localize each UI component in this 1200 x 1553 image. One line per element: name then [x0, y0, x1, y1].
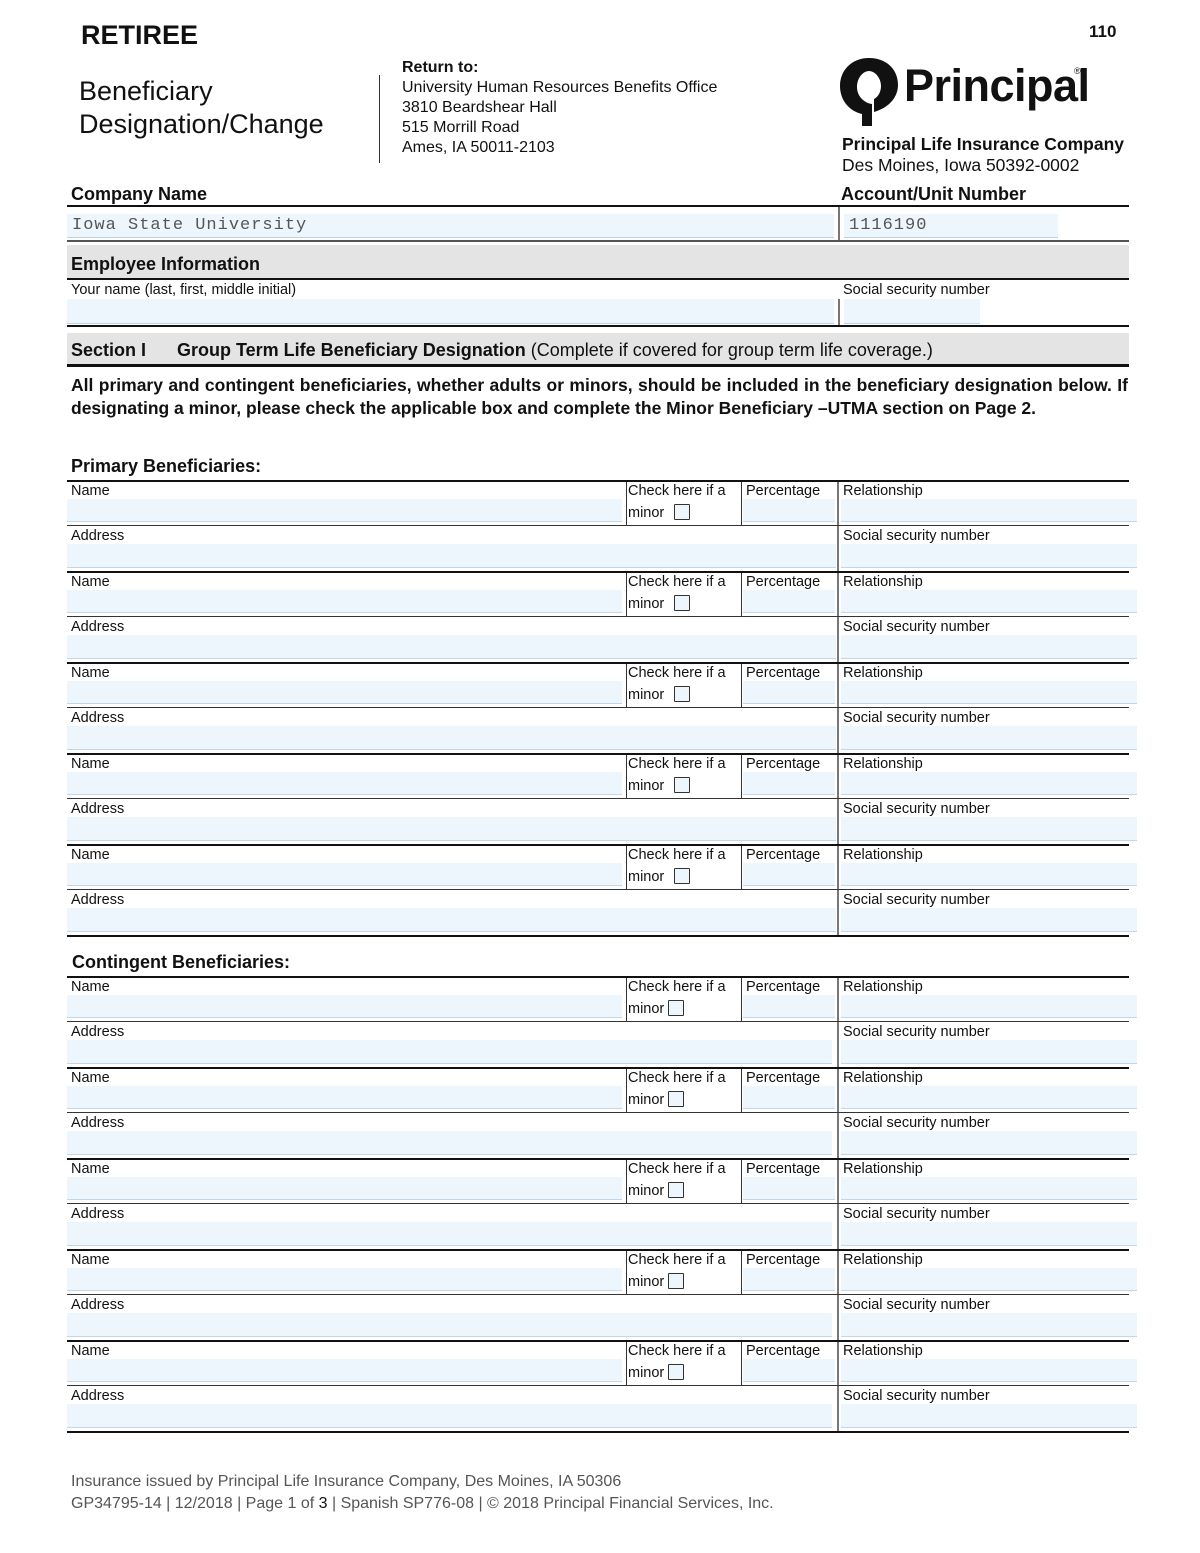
divider: [67, 364, 1129, 367]
percentage-label: Percentage: [746, 1343, 820, 1359]
minor-checkbox[interactable]: [674, 595, 690, 611]
minor-checkbox[interactable]: [674, 686, 690, 702]
divider: [67, 571, 1129, 573]
section-title: Group Term Life Beneficiary Designation: [177, 340, 526, 360]
beneficiary-address-field[interactable]: [67, 726, 836, 750]
check-minor-label: Check here if a: [628, 483, 726, 499]
name-label: Name: [71, 574, 110, 590]
divider: [837, 573, 839, 662]
divider: [626, 573, 627, 617]
section-title-wrap: Group Term Life Beneficiary Designation …: [177, 340, 933, 361]
beneficiary-percentage-field[interactable]: [743, 1268, 835, 1291]
insurer-name: Principal Life Insurance Company: [842, 134, 1124, 155]
account-number-value: 1116190: [849, 216, 927, 235]
divider: [741, 978, 742, 1022]
beneficiary-percentage-field[interactable]: [743, 499, 835, 522]
footer: Insurance issued by Principal Life Insur…: [71, 1471, 774, 1515]
relationship-label: Relationship: [843, 574, 923, 590]
ssn-label: Social security number: [843, 1388, 990, 1404]
retiree-label: RETIREE: [81, 20, 198, 51]
name-label: Name: [71, 979, 110, 995]
beneficiary-ssn-field[interactable]: [841, 1131, 1137, 1155]
beneficiary-relationship-field[interactable]: [841, 1268, 1137, 1291]
divider: [67, 1385, 1129, 1386]
relationship-label: Relationship: [843, 1161, 923, 1177]
divider: [837, 978, 839, 1067]
relationship-label: Relationship: [843, 483, 923, 499]
employee-ssn-label: Social security number: [843, 282, 990, 298]
beneficiary-ssn-field[interactable]: [841, 1404, 1137, 1428]
divider: [67, 1158, 1129, 1160]
section-number: Section I: [71, 340, 146, 361]
ssn-label: Social security number: [843, 619, 990, 635]
divider: [837, 1160, 839, 1249]
divider: [838, 207, 840, 240]
beneficiary-relationship-field[interactable]: [841, 590, 1137, 613]
minor-label: minor: [628, 687, 664, 703]
form-title-line1: Beneficiary: [79, 75, 324, 108]
employee-info-header-bar: Employee Information: [67, 245, 1129, 278]
check-minor-label: Check here if a: [628, 665, 726, 681]
divider: [67, 325, 1129, 327]
minor-checkbox[interactable]: [674, 777, 690, 793]
divider: [67, 240, 1129, 242]
divider: [837, 846, 839, 935]
beneficiary-ssn-field[interactable]: [841, 908, 1137, 932]
divider: [67, 525, 1129, 526]
minor-label: minor: [628, 596, 664, 612]
beneficiary-relationship-field[interactable]: [841, 1086, 1137, 1109]
return-to-heading: Return to:: [402, 58, 717, 78]
address-label: Address: [71, 619, 124, 635]
check-minor-label: Check here if a: [628, 1161, 726, 1177]
relationship-label: Relationship: [843, 1252, 923, 1268]
primary-beneficiaries-heading: Primary Beneficiaries:: [71, 456, 261, 477]
beneficiary-ssn-field[interactable]: [841, 1222, 1137, 1246]
beneficiary-row: Name Check here if a minor Percentage Re…: [67, 571, 1129, 662]
beneficiary-ssn-field[interactable]: [841, 726, 1137, 750]
check-minor-label: Check here if a: [628, 574, 726, 590]
divider: [741, 1069, 742, 1113]
divider: [741, 664, 742, 708]
return-to-line: Ames, IA 50011-2103: [402, 138, 717, 158]
insurer-info: Principal Life Insurance Company Des Moi…: [842, 134, 1124, 176]
divider: [837, 664, 839, 753]
company-name-value: Iowa State University: [72, 216, 307, 235]
beneficiary-name-field[interactable]: [67, 1359, 622, 1382]
beneficiary-relationship-field[interactable]: [841, 995, 1137, 1018]
section-1-header-bar: Section I Group Term Life Beneficiary De…: [67, 333, 1129, 364]
name-label: Name: [71, 847, 110, 863]
beneficiary-row: Name Check here if a minor Percentage Re…: [67, 976, 1129, 1067]
beneficiary-row: Name Check here if a minor Percentage Re…: [67, 1249, 1129, 1340]
minor-checkbox[interactable]: [668, 1182, 684, 1198]
beneficiary-name-field[interactable]: [67, 772, 622, 795]
name-label: Name: [71, 665, 110, 681]
registered-mark: ®: [1074, 66, 1081, 76]
beneficiary-row: Name Check here if a minor Percentage Re…: [67, 844, 1129, 935]
percentage-label: Percentage: [746, 1252, 820, 1268]
beneficiary-relationship-field[interactable]: [841, 1359, 1137, 1382]
ssn-label: Social security number: [843, 801, 990, 817]
form-number: 110: [1089, 22, 1116, 42]
beneficiary-ssn-field[interactable]: [841, 544, 1137, 568]
address-label: Address: [71, 892, 124, 908]
employee-name-label: Your name (last, first, middle initial): [71, 282, 296, 298]
divider: [626, 978, 627, 1022]
beneficiary-row: Name Check here if a minor Percentage Re…: [67, 753, 1129, 844]
beneficiary-name-field[interactable]: [67, 1086, 622, 1109]
beneficiary-relationship-field[interactable]: [841, 772, 1137, 795]
footer-line-2: GP34795-14 | 12/2018 | Page 1 of 3 | Spa…: [71, 1493, 774, 1515]
divider: [67, 616, 1129, 617]
address-label: Address: [71, 1115, 124, 1131]
address-label: Address: [71, 1297, 124, 1313]
divider: [67, 1203, 1129, 1204]
check-minor-label: Check here if a: [628, 756, 726, 772]
company-name-label: Company Name: [71, 184, 207, 205]
name-label: Name: [71, 1161, 110, 1177]
relationship-label: Relationship: [843, 1343, 923, 1359]
relationship-label: Relationship: [843, 756, 923, 772]
divider: [626, 482, 627, 526]
beneficiary-address-field[interactable]: [67, 1131, 832, 1155]
beneficiary-row: Name Check here if a minor Percentage Re…: [67, 1067, 1129, 1158]
header-divider: [379, 75, 380, 163]
logo-wordmark: Principal: [904, 60, 1090, 112]
company-name-field[interactable]: Iowa State University: [67, 214, 834, 238]
beneficiary-address-field[interactable]: [67, 1040, 832, 1064]
beneficiary-row: Name Check here if a minor Percentage Re…: [67, 1340, 1129, 1431]
ssn-label: Social security number: [843, 528, 990, 544]
divider: [67, 1021, 1129, 1022]
beneficiary-name-field[interactable]: [67, 499, 622, 522]
beneficiary-name-field[interactable]: [67, 863, 622, 886]
divider: [67, 844, 1129, 846]
beneficiary-relationship-field[interactable]: [841, 681, 1137, 704]
divider: [626, 1342, 627, 1386]
beneficiary-address-field[interactable]: [67, 1404, 832, 1428]
divider: [741, 846, 742, 890]
minor-label: minor: [628, 1092, 664, 1108]
beneficiary-percentage-field[interactable]: [743, 772, 835, 795]
percentage-label: Percentage: [746, 665, 820, 681]
divider: [67, 935, 1129, 937]
beneficiary-ssn-field[interactable]: [841, 635, 1137, 659]
address-label: Address: [71, 528, 124, 544]
divider: [67, 753, 1129, 755]
minor-checkbox[interactable]: [668, 1091, 684, 1107]
percentage-label: Percentage: [746, 756, 820, 772]
divider: [67, 1340, 1129, 1342]
ssn-label: Social security number: [843, 1297, 990, 1313]
percentage-label: Percentage: [746, 483, 820, 499]
divider: [837, 1342, 839, 1431]
divider: [67, 707, 1129, 708]
minor-checkbox[interactable]: [668, 1000, 684, 1016]
beneficiary-percentage-field[interactable]: [743, 590, 835, 613]
percentage-label: Percentage: [746, 1070, 820, 1086]
beneficiary-percentage-field[interactable]: [743, 1177, 835, 1200]
beneficiary-name-field[interactable]: [67, 995, 622, 1018]
divider: [741, 755, 742, 799]
beneficiary-address-field[interactable]: [67, 544, 836, 568]
address-label: Address: [71, 1388, 124, 1404]
name-label: Name: [71, 1252, 110, 1268]
divider: [67, 662, 1129, 664]
account-number-field[interactable]: 1116190: [844, 214, 1058, 238]
beneficiary-name-field[interactable]: [67, 1268, 622, 1291]
address-label: Address: [71, 801, 124, 817]
beneficiary-percentage-field[interactable]: [743, 681, 835, 704]
divider: [626, 664, 627, 708]
relationship-label: Relationship: [843, 1070, 923, 1086]
divider: [67, 1431, 1129, 1433]
address-label: Address: [71, 710, 124, 726]
divider: [626, 755, 627, 799]
minor-label: minor: [628, 1365, 664, 1381]
address-label: Address: [71, 1206, 124, 1222]
beneficiary-address-field[interactable]: [67, 1313, 832, 1337]
form-title: Beneficiary Designation/Change: [79, 75, 324, 141]
beneficiary-relationship-field[interactable]: [841, 499, 1137, 522]
divider: [67, 278, 1129, 280]
percentage-label: Percentage: [746, 979, 820, 995]
divider: [67, 889, 1129, 890]
principal-logo: Principal ®: [838, 56, 1088, 128]
relationship-label: Relationship: [843, 665, 923, 681]
beneficiary-address-field[interactable]: [67, 1222, 832, 1246]
ssn-label: Social security number: [843, 1206, 990, 1222]
minor-checkbox[interactable]: [674, 504, 690, 520]
minor-checkbox[interactable]: [668, 1364, 684, 1380]
divider: [838, 299, 840, 325]
beneficiary-name-field[interactable]: [67, 590, 622, 613]
return-to-line: 515 Morrill Road: [402, 118, 717, 138]
account-number-label: Account/Unit Number: [841, 184, 1026, 205]
relationship-label: Relationship: [843, 979, 923, 995]
minor-label: minor: [628, 869, 664, 885]
beneficiary-relationship-field[interactable]: [841, 1177, 1137, 1200]
principal-p-logo-icon: [838, 56, 900, 128]
divider: [626, 1160, 627, 1204]
beneficiary-percentage-field[interactable]: [743, 1086, 835, 1109]
ssn-label: Social security number: [843, 892, 990, 908]
divider: [67, 798, 1129, 799]
minor-label: minor: [628, 1001, 664, 1017]
beneficiary-percentage-field[interactable]: [743, 1359, 835, 1382]
beneficiary-address-field[interactable]: [67, 817, 836, 841]
percentage-label: Percentage: [746, 847, 820, 863]
return-to-line: 3810 Beardshear Hall: [402, 98, 717, 118]
divider: [67, 976, 1129, 978]
divider: [741, 1251, 742, 1295]
footer-line-1: Insurance issued by Principal Life Insur…: [71, 1471, 774, 1493]
minor-label: minor: [628, 1183, 664, 1199]
name-label: Name: [71, 483, 110, 499]
divider: [837, 482, 839, 571]
minor-checkbox[interactable]: [674, 868, 690, 884]
beneficiary-relationship-field[interactable]: [841, 863, 1137, 886]
divider: [67, 480, 1129, 482]
check-minor-label: Check here if a: [628, 847, 726, 863]
divider: [837, 755, 839, 844]
footer-line-2-suffix: | Spanish SP776-08 | © 2018 Principal Fi…: [328, 1495, 774, 1512]
percentage-label: Percentage: [746, 1161, 820, 1177]
minor-label: minor: [628, 778, 664, 794]
check-minor-label: Check here if a: [628, 1070, 726, 1086]
divider: [837, 1069, 839, 1158]
employee-ssn-field[interactable]: [844, 299, 980, 324]
beneficiary-ssn-field[interactable]: [841, 1040, 1137, 1064]
beneficiary-ssn-field[interactable]: [841, 817, 1137, 841]
beneficiary-row: Name Check here if a minor Percentage Re…: [67, 1158, 1129, 1249]
return-to-line: University Human Resources Benefits Offi…: [402, 78, 717, 98]
divider: [837, 1251, 839, 1340]
insurer-address: Des Moines, Iowa 50392-0002: [842, 155, 1124, 176]
check-minor-label: Check here if a: [628, 1252, 726, 1268]
footer-total-pages: 3: [319, 1495, 328, 1512]
divider: [67, 1112, 1129, 1113]
beneficiary-ssn-field[interactable]: [841, 1313, 1137, 1337]
ssn-label: Social security number: [843, 1115, 990, 1131]
divider: [67, 1067, 1129, 1069]
employee-name-field[interactable]: [67, 299, 834, 324]
address-label: Address: [71, 1024, 124, 1040]
beneficiary-name-field[interactable]: [67, 681, 622, 704]
name-label: Name: [71, 1343, 110, 1359]
divider: [626, 1069, 627, 1113]
return-to-address: Return to: University Human Resources Be…: [402, 58, 717, 158]
check-minor-label: Check here if a: [628, 1343, 726, 1359]
beneficiary-address-field[interactable]: [67, 908, 836, 932]
footer-line-2-prefix: GP34795-14 | 12/2018 | Page 1 of: [71, 1495, 319, 1512]
section-instructions: All primary and contingent beneficiaries…: [71, 374, 1128, 420]
divider: [626, 1251, 627, 1295]
beneficiary-row: Name Check here if a minor Percentage Re…: [67, 662, 1129, 753]
check-minor-label: Check here if a: [628, 979, 726, 995]
contingent-beneficiaries-heading: Contingent Beneficiaries:: [72, 952, 290, 973]
divider: [741, 1160, 742, 1204]
divider: [626, 846, 627, 890]
divider: [741, 482, 742, 526]
beneficiary-percentage-field[interactable]: [743, 863, 835, 886]
employee-info-heading: Employee Information: [71, 254, 260, 275]
divider: [741, 1342, 742, 1386]
minor-label: minor: [628, 505, 664, 521]
relationship-label: Relationship: [843, 847, 923, 863]
form-title-line2: Designation/Change: [79, 108, 324, 141]
section-subtitle: (Complete if covered for group term life…: [531, 340, 933, 360]
ssn-label: Social security number: [843, 1024, 990, 1040]
name-label: Name: [71, 756, 110, 772]
percentage-label: Percentage: [746, 574, 820, 590]
minor-checkbox[interactable]: [668, 1273, 684, 1289]
name-label: Name: [71, 1070, 110, 1086]
divider: [741, 573, 742, 617]
beneficiary-address-field[interactable]: [67, 635, 836, 659]
divider: [67, 1294, 1129, 1295]
divider: [67, 1249, 1129, 1251]
beneficiary-percentage-field[interactable]: [743, 995, 835, 1018]
divider: [67, 205, 1129, 207]
beneficiary-name-field[interactable]: [67, 1177, 622, 1200]
beneficiary-row: Name Check here if a minor Percentage Re…: [67, 480, 1129, 571]
minor-label: minor: [628, 1274, 664, 1290]
ssn-label: Social security number: [843, 710, 990, 726]
